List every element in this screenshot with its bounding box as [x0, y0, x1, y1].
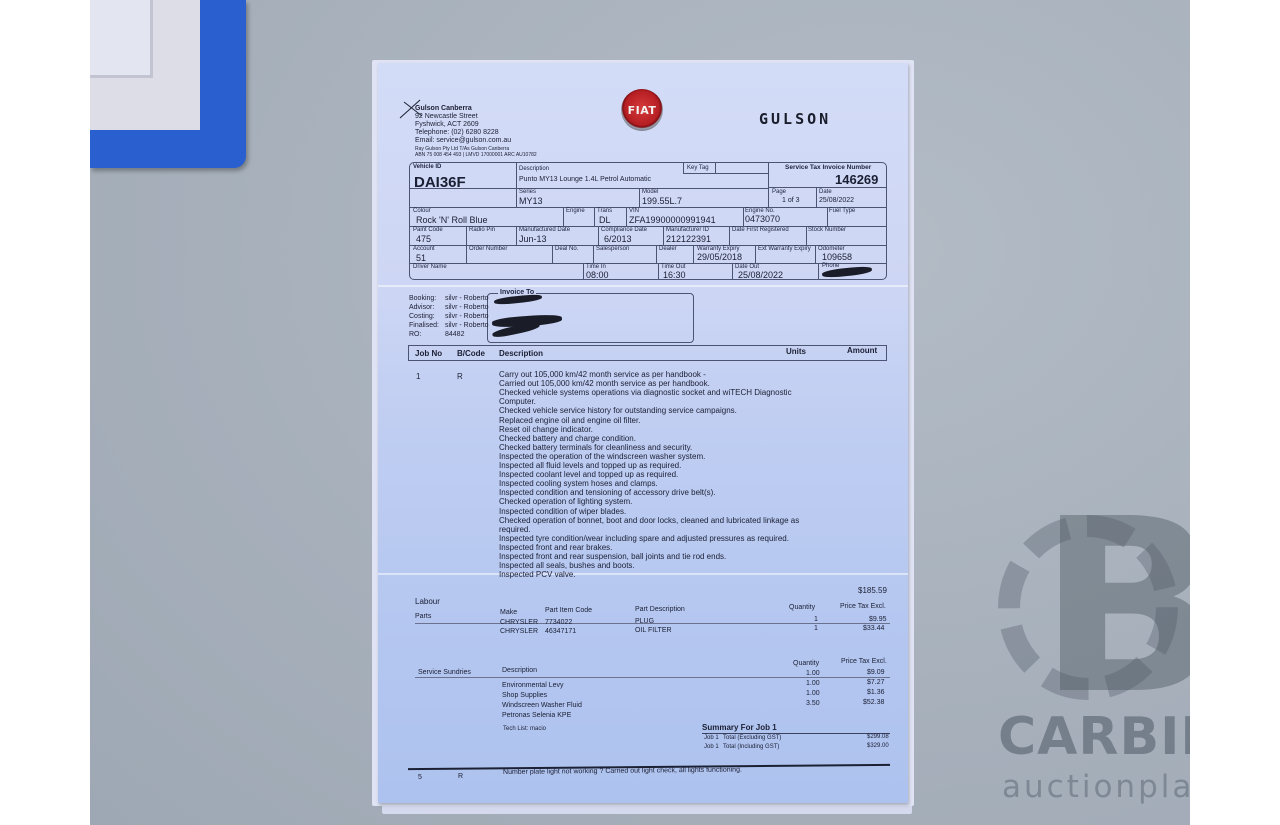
summary-label: Total (Excluding GST): [723, 735, 781, 741]
job-description-line: Inspected PCV valve.: [499, 570, 575, 579]
description-label: Description: [519, 166, 549, 172]
header-job-no: Job No: [415, 349, 442, 358]
job-description-line: Checked battery and charge condition.: [499, 434, 636, 443]
sundry-quantity: 3.50: [806, 700, 820, 707]
sundries-header-qty: Quantity: [793, 660, 819, 667]
summary-value: $329.00: [867, 743, 889, 749]
job-5-bcode: R: [458, 773, 463, 780]
part-price: $9.95: [869, 616, 887, 623]
sundry-price: $1.36: [867, 689, 885, 696]
part-description: OIL FILTER: [635, 627, 672, 634]
radio-pin-label: Radio Pin: [469, 227, 495, 233]
dealer-email: Email: service@gulson.com.au: [415, 137, 511, 144]
staff-label: Costing:: [409, 313, 435, 320]
labour-label: Labour: [415, 597, 440, 606]
summary-job: Job 1: [704, 735, 719, 741]
stock-number-label: Stock Number: [808, 227, 846, 233]
parts-label: Parts: [415, 613, 431, 620]
parts-header-code: Part Item Code: [545, 607, 592, 614]
invoice-date: 25/08/2022: [819, 197, 854, 204]
summary-title: Summary For Job 1: [702, 723, 777, 732]
fingerprint-icon: [998, 515, 1178, 700]
vehicle-manufactured-date: Jun-13: [519, 234, 547, 244]
paper-fold: [378, 573, 908, 575]
key-tag-label: Key Tag: [687, 165, 709, 171]
invoice-page: 1 of 3: [782, 197, 800, 204]
job-description-line: Inspected all fluid levels and topped up…: [499, 461, 681, 470]
sundry-description: Windscreen Washer Fluid: [502, 702, 582, 709]
gulson-logo: GULSON: [759, 110, 831, 128]
job-table-header: Job No B/Code Description Units Amount: [408, 345, 887, 361]
job-description-line: Inspected the operation of the windscree…: [499, 452, 705, 461]
blue-folder: [90, 0, 246, 168]
manufactured-date-label: Manufactured Date: [519, 227, 570, 233]
service-invoice-page: Gulson Canberra 92 Newcastle Street Fysh…: [378, 63, 908, 803]
paper-fold: [378, 285, 908, 287]
watermark-letter: B: [1038, 507, 1190, 707]
staff-label: Advisor:: [409, 304, 434, 311]
fuel-type-label: Fuel Type: [829, 208, 855, 214]
vehicle-model: 199.55L.7: [642, 196, 682, 206]
staff-value: silvr - Roberto: [445, 313, 489, 320]
vehicle-id: DAI36F: [414, 174, 466, 191]
sundry-description: Shop Supplies: [502, 692, 547, 699]
dealer-address-2: Fyshwick, ACT 2609: [415, 121, 479, 128]
part-quantity: 1: [814, 625, 818, 632]
vehicle-odometer: 109658: [822, 252, 852, 262]
tech-list-value: macio: [530, 726, 546, 732]
photo-background: Gulson Canberra 92 Newcastle Street Fysh…: [90, 0, 1190, 825]
job-description-line: Inspected cooling system hoses and clamp…: [499, 479, 658, 488]
dealer-abn: ABN 75 008 454 493 | LMVD 17000001 ARC A…: [415, 152, 537, 158]
job-description-line: Inspected front and rear brakes.: [499, 543, 612, 552]
job-description-line: Checked vehicle service history for outs…: [499, 406, 737, 415]
labour-amount: $185.59: [858, 586, 887, 595]
parts-header-qty: Quantity: [789, 604, 815, 611]
engine-label: Engine: [566, 208, 585, 214]
vehicle-trans: DL: [599, 215, 611, 225]
part-make: CHRYSLER: [500, 619, 538, 626]
series-label: Series: [519, 189, 536, 195]
folder-paper-top: [90, 0, 153, 78]
sundry-price: $7.27: [867, 679, 885, 686]
staff-value: 84482: [445, 331, 464, 338]
dealer-phone: Telephone: (02) 6280 8228: [415, 129, 499, 136]
sundry-quantity: 1.00: [806, 690, 820, 697]
tech-list-label: Tech List:: [503, 726, 528, 732]
job-1-bcode: R: [457, 372, 463, 381]
vehicle-paint-code: 475: [416, 234, 431, 244]
vehicle-id-label: Vehicle ID: [413, 164, 441, 170]
invoice-number-label: Service Tax Invoice Number: [785, 164, 871, 171]
job-description-line: Checked battery terminals for cleanlines…: [499, 443, 692, 452]
colour-label: Colour: [413, 208, 431, 214]
part-code: 46347171: [545, 628, 576, 635]
header-units: Units: [786, 347, 806, 356]
staff-label: Booking:: [409, 295, 436, 302]
summary-label: Total (Including GST): [723, 744, 779, 750]
sundry-price: $9.09: [867, 669, 885, 676]
compliance-date-label: Compliance Date: [601, 227, 647, 233]
account-label: Account: [413, 246, 435, 252]
vehicle-time-out: 16:30: [663, 270, 686, 280]
parts-header-price: Price Tax Excl.: [840, 603, 886, 610]
job-description-line: Inspected tyre condition/wear including …: [499, 534, 789, 543]
job-description-line: Checked operation of lighting system.: [499, 497, 632, 506]
manufacturer-id-label: Manufacturer ID: [666, 227, 709, 233]
watermark-tagline: auctionplace: [1002, 769, 1190, 805]
trans-label: Trans: [597, 208, 612, 214]
dealer-address-1: 92 Newcastle Street: [415, 113, 478, 120]
invoice-number: 146269: [835, 172, 878, 187]
sundry-quantity: 1.00: [806, 670, 820, 677]
job-description-line: Carry out 105,000 km/42 month service as…: [499, 370, 706, 379]
watermark-brand: CARBIDS: [998, 707, 1190, 767]
job-description-line: Inspected coolant level and topped up as…: [499, 470, 678, 479]
staff-label: Finalised:: [409, 322, 439, 329]
job-description-line: Inspected condition of wiper blades.: [499, 507, 626, 516]
vin-label: VIN: [629, 208, 639, 214]
part-code: 7734022: [545, 619, 572, 626]
ext-warranty-expiry-label: Ext Warranty Expiry: [758, 246, 811, 252]
vehicle-engine-no: 0473070: [745, 214, 780, 224]
vehicle-vin: ZFA19900000991941: [629, 215, 716, 225]
parts-header-make: Make: [500, 609, 517, 616]
vehicle-compliance-date: 6/2013: [604, 234, 632, 244]
vehicle-account: 51: [416, 253, 426, 263]
sundry-description: Petronas Selenia KPE: [502, 712, 571, 719]
job-description-line: Replaced engine oil and engine oil filte…: [499, 416, 640, 425]
watermark-overflow: B CARBIDS auctionplace: [1190, 507, 1280, 807]
job-description-line: Inspected all seals, bushes and boots.: [499, 561, 635, 570]
part-description: PLUG: [635, 618, 654, 625]
vehicle-date-out: 25/08/2022: [738, 270, 783, 280]
invoice-to-box: Invoice To: [487, 293, 694, 343]
staff-value: silvr - Roberto: [445, 295, 489, 302]
job-description-line: Checked vehicle systems operations via d…: [499, 388, 792, 397]
job-description-line: Reset oil change indicator.: [499, 425, 593, 434]
vehicle-series: MY13: [519, 196, 543, 206]
vehicle-info-grid: Vehicle ID DAI36F Description Punto MY13…: [409, 162, 887, 280]
dealer-label: Dealer: [659, 246, 677, 252]
part-make: CHRYSLER: [500, 628, 538, 635]
sundries-header-desc: Description: [502, 667, 537, 674]
job-description-line: Inspected front and rear suspension, bal…: [499, 552, 726, 561]
vehicle-colour: Rock 'N' Roll Blue: [416, 215, 487, 225]
job-description-line: Checked operation of bonnet, boot and do…: [499, 516, 799, 525]
header-amount: Amount: [847, 346, 877, 355]
driver-name-label: Driver Name: [413, 264, 447, 270]
parts-header-desc: Part Description: [635, 606, 685, 613]
sundry-quantity: 1.00: [806, 680, 820, 687]
summary-value: $299.08: [867, 734, 889, 740]
fiat-logo: FIAT: [621, 89, 663, 131]
date-first-registered-label: Date First Registered: [732, 227, 789, 233]
job-description-line: Carried out 105,000 km/42 month service …: [499, 379, 710, 388]
job-5-no: 5: [418, 774, 422, 781]
deal-no-label: Deal No.: [555, 246, 578, 252]
model-label: Model: [642, 189, 658, 195]
job-description-line: Inspected condition and tensioning of ac…: [499, 488, 716, 497]
page-label: Page: [772, 189, 786, 195]
salesperson-label: Salesperson: [596, 246, 629, 252]
staff-value: silvr - Roberto: [445, 304, 489, 311]
carbids-watermark: B CARBIDS auctionplace: [978, 507, 1190, 807]
staff-value: silvr - Roberto: [445, 322, 489, 329]
vehicle-manufacturer-id: 212122391: [666, 234, 711, 244]
header-bcode: B/Code: [457, 349, 485, 358]
job-description-line: required.: [499, 525, 531, 534]
job-description-line: Computer.: [499, 397, 536, 406]
sundry-price: $52.38: [863, 699, 884, 706]
vehicle-time-in: 08:00: [586, 270, 609, 280]
summary-job: Job 1: [704, 744, 719, 750]
cross-mark-icon: [398, 98, 424, 120]
job-1-no: 1: [416, 372, 420, 381]
sundry-description: Environmental Levy: [502, 682, 563, 689]
sundries-label: Service Sundries: [418, 669, 471, 676]
job-5-description: Number plate light not working ? Carried…: [503, 766, 742, 776]
part-quantity: 1: [814, 616, 818, 623]
date-label: Date: [819, 189, 832, 195]
header-description: Description: [499, 349, 543, 358]
vehicle-description: Punto MY13 Lounge 1.4L Petrol Automatic: [519, 176, 651, 183]
sundries-header-price: Price Tax Excl.: [841, 658, 887, 665]
paint-code-label: Paint Code: [413, 227, 443, 233]
order-number-label: Order Number: [469, 246, 507, 252]
part-price: $33.44: [863, 625, 884, 632]
staff-label: RO:: [409, 331, 421, 338]
vehicle-warranty-expiry: 29/05/2018: [697, 252, 742, 262]
